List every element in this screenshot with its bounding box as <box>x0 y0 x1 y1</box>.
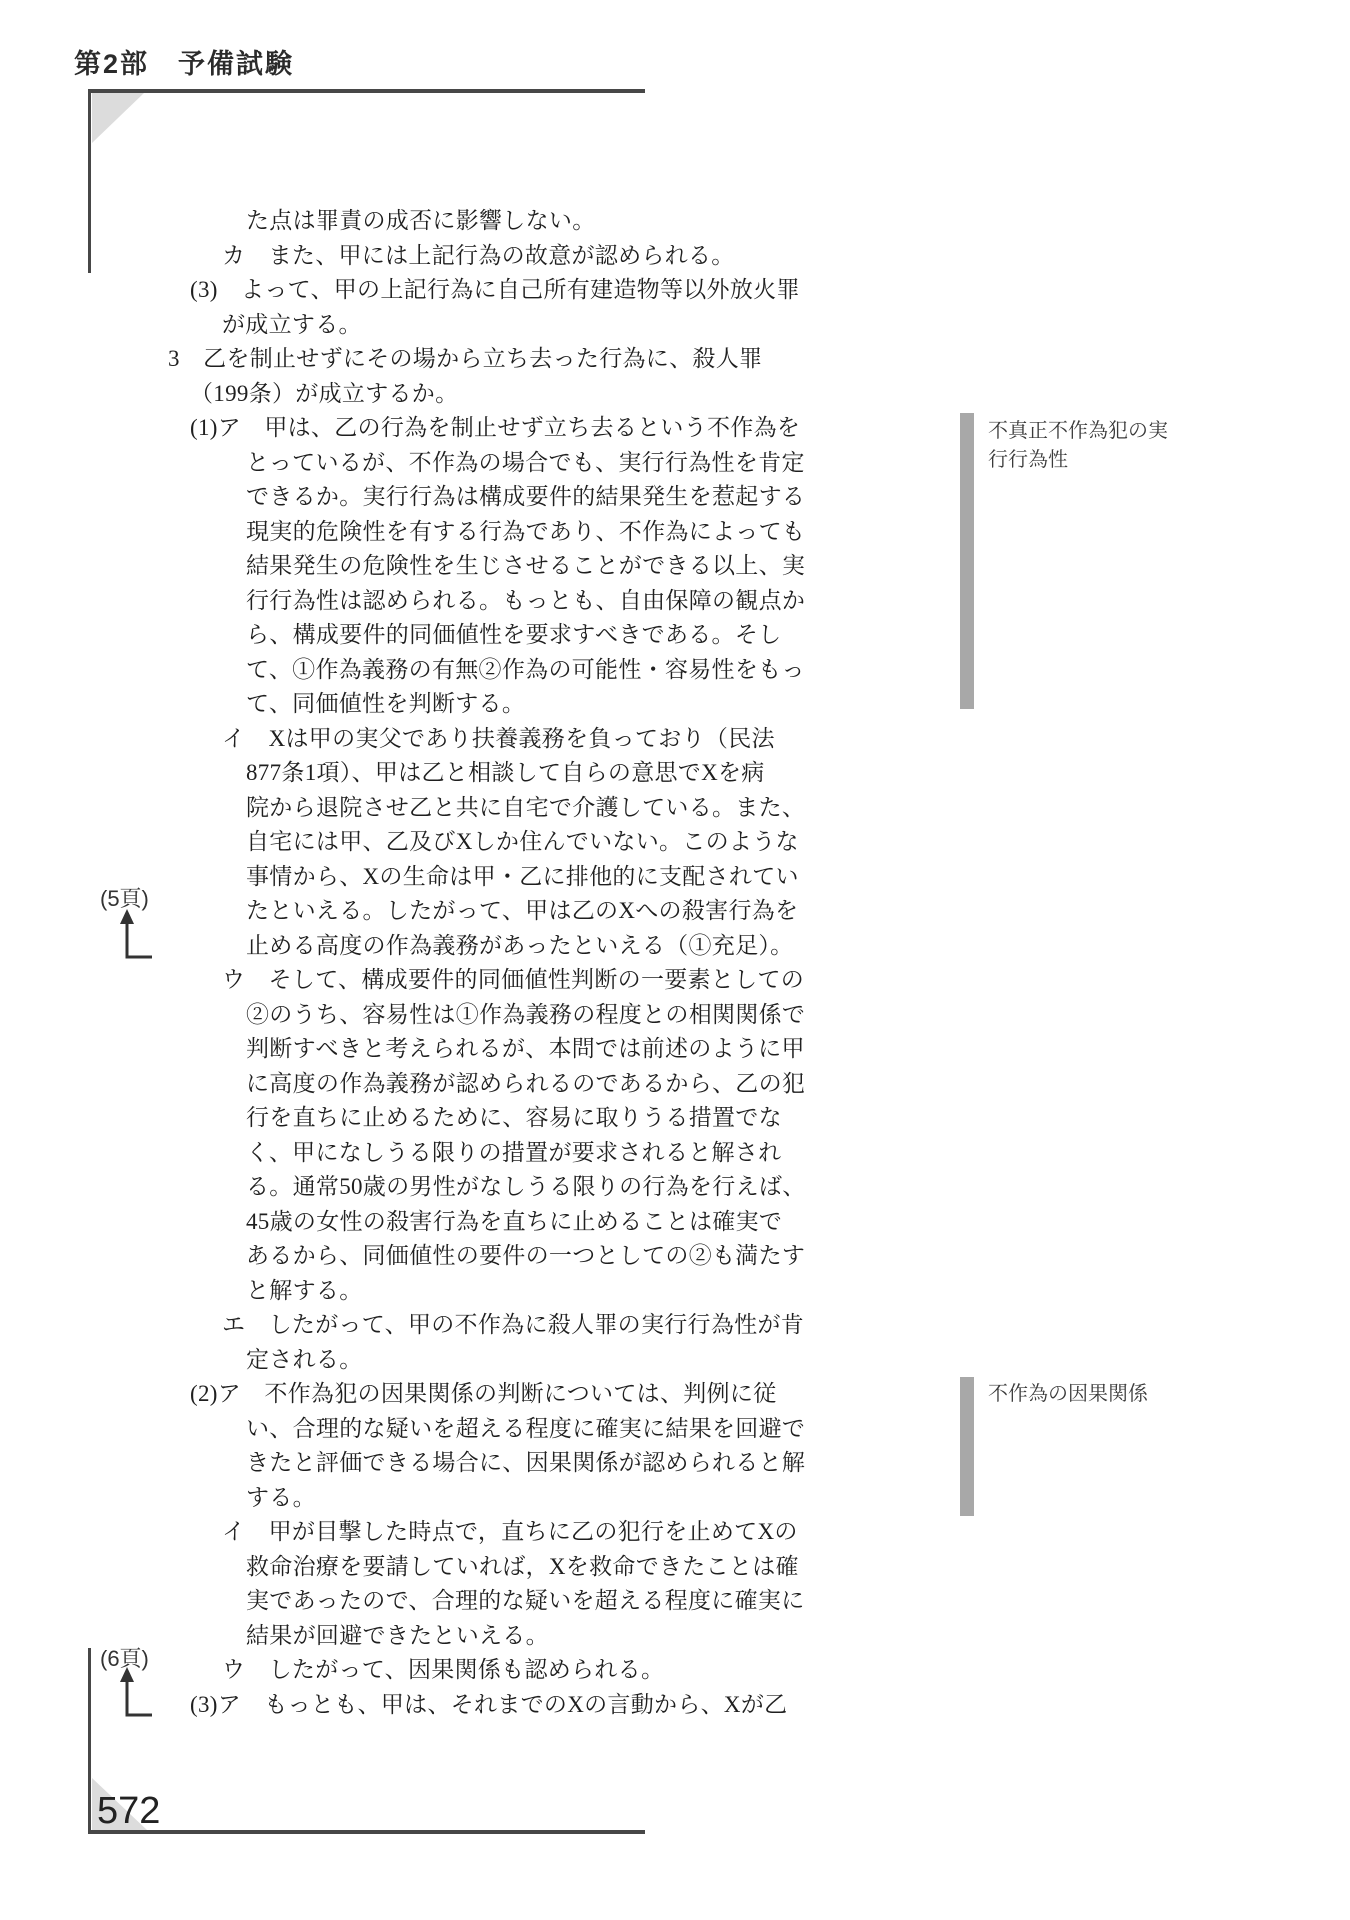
body-line: とっているが、不作為の場合でも、実行行為性を肯定 <box>168 446 848 481</box>
body-line: た点は罪責の成否に影響しない。 <box>168 204 848 239</box>
body-line: い、合理的な疑いを超える程度に確実に結果を回避で <box>168 1412 848 1447</box>
body-line: 結果が回避できたといえる。 <box>168 1619 848 1654</box>
margin-note-label: 不真正不作為犯の実行行為性 <box>988 417 1174 475</box>
body-line: と解する。 <box>168 1274 848 1309</box>
body-text: た点は罪責の成否に影響しない。カ また、甲には上記行為の故意が認められる。(3)… <box>168 204 848 1722</box>
body-line: て、①作為義務の有無②作為の可能性・容易性をもっ <box>168 653 848 688</box>
body-line: 3 乙を制止せずにその場から立ち去った行為に、殺人罪 <box>168 342 848 377</box>
bottom-rule <box>88 1830 645 1834</box>
top-border-vertical <box>88 89 91 273</box>
body-line: 自宅には甲、乙及びXしか住んでいない。このような <box>168 825 848 860</box>
body-line: 877条1項）、甲は乙と相談して自らの意思でXを病 <box>168 756 848 791</box>
body-line: 判断すべきと考えられるが、本問では前述のように甲 <box>168 1032 848 1067</box>
body-line: 45歳の女性の殺害行為を直ちに止めることは確実で <box>168 1205 848 1240</box>
body-line: 院から退院させ乙と共に自宅で介護している。また、 <box>168 791 848 826</box>
page-number: 572 <box>97 1792 160 1830</box>
body-line: 止める高度の作為義務があったといえる（①充足）。 <box>168 929 848 964</box>
body-line: 行を直ちに止めるために、容易に取りうる措置でな <box>168 1101 848 1136</box>
body-line: 定される。 <box>168 1343 848 1378</box>
body-line: (3)ア もっとも、甲は、それまでのXの言動から、Xが乙 <box>168 1688 848 1723</box>
body-line: イ Xは甲の実父であり扶養義務を負っており（民法 <box>168 722 848 757</box>
margin-note-bar <box>960 413 974 709</box>
body-line: く、甲になしうる限りの措置が要求されると解され <box>168 1136 848 1171</box>
body-line: エ したがって、甲の不作為に殺人罪の実行行為性が肯 <box>168 1308 848 1343</box>
body-line: 結果発生の危険性を生じさせることができる以上、実 <box>168 549 848 584</box>
body-line: ウ そして、構成要件的同価値性判断の一要素としての <box>168 963 848 998</box>
body-line: 救命治療を要請していれば，Xを救命できたことは確 <box>168 1550 848 1585</box>
page-title: 第2部 予備試験 <box>74 42 294 81</box>
margin-note-bar <box>960 1377 974 1516</box>
body-line: 現実的危険性を有する行為であり、不作為によっても <box>168 515 848 550</box>
top-rule <box>88 89 645 93</box>
body-line: て、同価値性を判断する。 <box>168 687 848 722</box>
body-line: カ また、甲には上記行為の故意が認められる。 <box>168 239 848 274</box>
body-line: (2)ア 不作為犯の因果関係の判断については、判例に従 <box>168 1377 848 1412</box>
body-line: たといえる。したがって、甲は乙のXへの殺害行為を <box>168 894 848 929</box>
body-line: (3) よって、甲の上記行為に自己所有建造物等以外放火罪 <box>168 273 848 308</box>
body-line: イ 甲が目撃した時点で，直ちに乙の犯行を止めてXの <box>168 1515 848 1550</box>
body-line: 行行為性は認められる。もっとも、自由保障の観点か <box>168 584 848 619</box>
body-line: ウ したがって、因果関係も認められる。 <box>168 1653 848 1688</box>
top-corner-triangle <box>92 93 144 143</box>
page-ref-arrow-icon <box>118 1666 156 1720</box>
body-line: する。 <box>168 1481 848 1516</box>
body-line: （199条）が成立するか。 <box>168 377 848 412</box>
page-ref-arrow-icon <box>118 908 156 962</box>
body-line: (1)ア 甲は、乙の行為を制止せず立ち去るという不作為を <box>168 411 848 446</box>
body-line: が成立する。 <box>168 308 848 343</box>
bottom-border-vertical <box>88 1648 91 1834</box>
body-line: に高度の作為義務が認められるのであるから、乙の犯 <box>168 1067 848 1102</box>
body-line: 実であったので、合理的な疑いを超える程度に確実に <box>168 1584 848 1619</box>
body-line: 事情から、Xの生命は甲・乙に排他的に支配されてい <box>168 860 848 895</box>
page: 第2部 予備試験 た点は罪責の成否に影響しない。カ また、甲には上記行為の故意が… <box>0 0 1350 1920</box>
body-line: きたと評価できる場合に、因果関係が認められると解 <box>168 1446 848 1481</box>
margin-note-label: 不作為の因果関係 <box>988 1380 1174 1409</box>
body-line: ②のうち、容易性は①作為義務の程度との相関関係で <box>168 998 848 1033</box>
body-line: る。通常50歳の男性がなしうる限りの行為を行えば、 <box>168 1170 848 1205</box>
body-line: ら、構成要件的同価値性を要求すべきである。そし <box>168 618 848 653</box>
body-line: できるか。実行行為は構成要件的結果発生を惹起する <box>168 480 848 515</box>
body-line: あるから、同価値性の要件の一つとしての②も満たす <box>168 1239 848 1274</box>
